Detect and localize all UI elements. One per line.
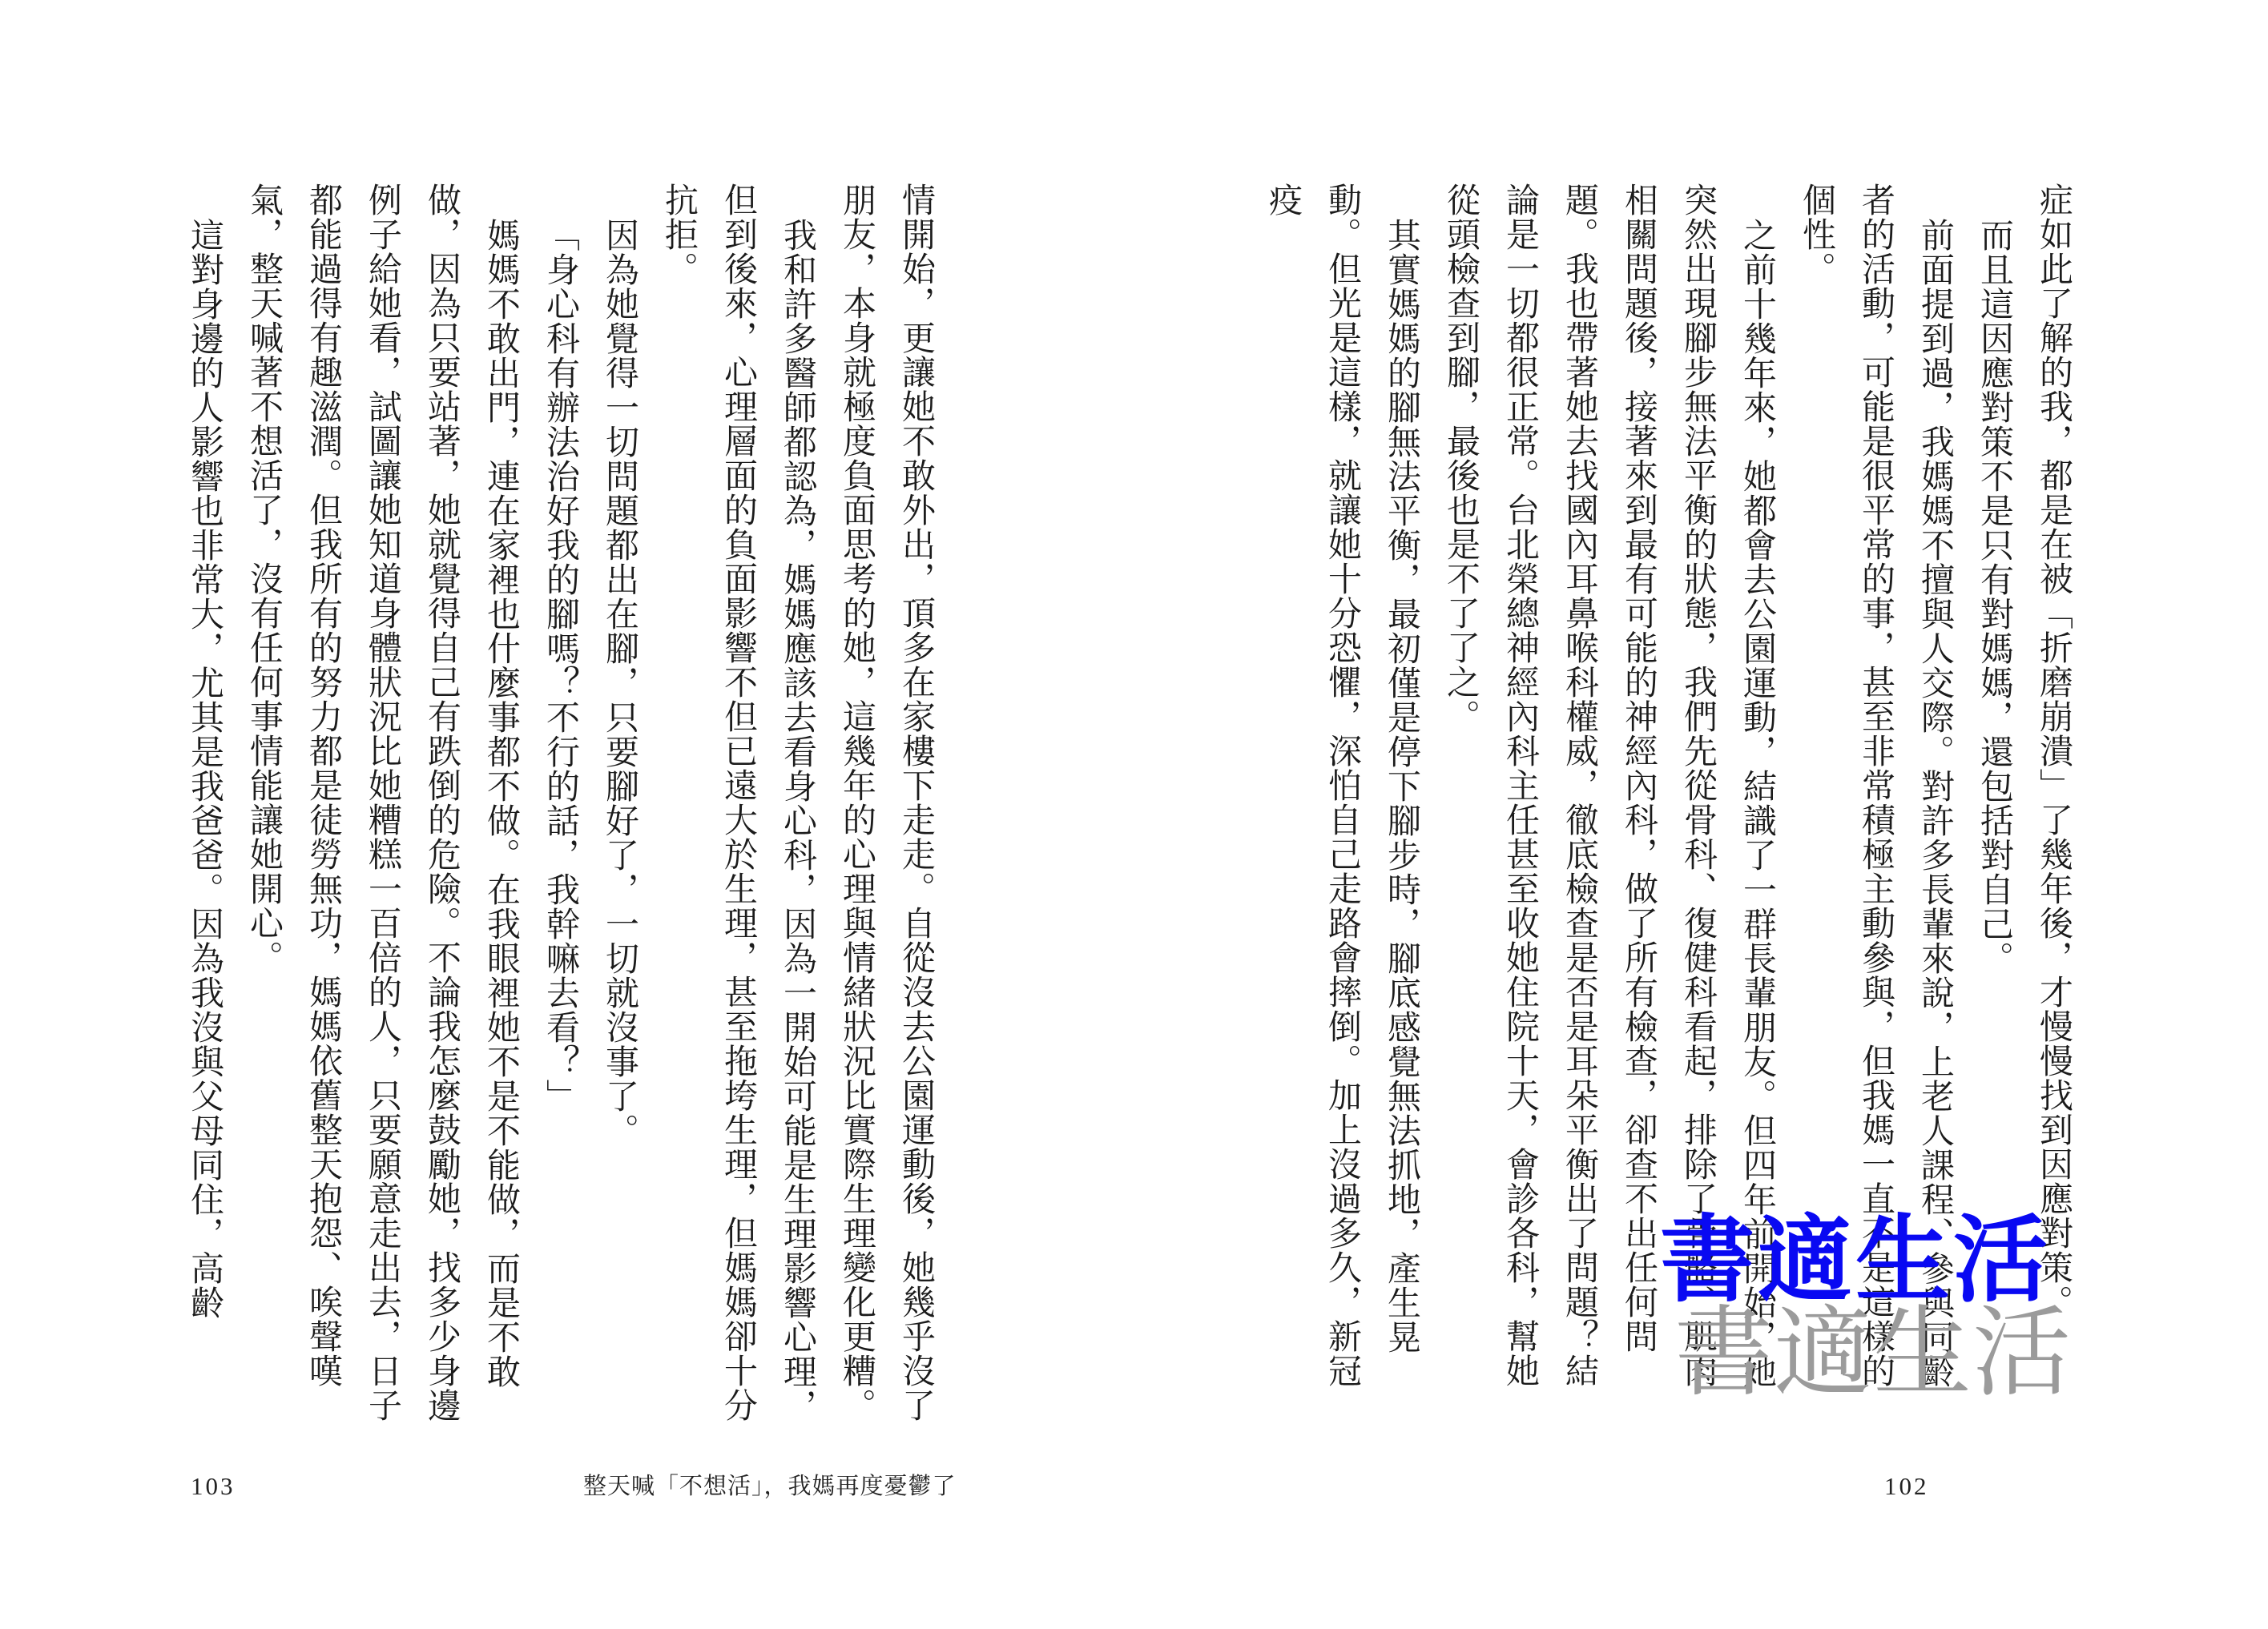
paragraph: 這對身邊的人影響也非常大，尤其是我爸爸。因為我沒與父母同住，高齡 [175,183,234,1427]
paragraph: 「身心科有辦法治好我的腳嗎？不行的話，我幹嘛去看？」 [530,183,590,1427]
page-number-left: 103 [191,1474,236,1498]
paragraph: 前面提到過，我媽媽不擅與人交際。對許多長輩來說，上老人課程、參與同齡者的活動，可… [1787,183,1964,1394]
paragraph: 我和許多醫師都認為，媽媽應該去看身心科，因為一開始可能是生理影響心理，但到後來，… [649,183,827,1427]
book-spread: 情開始，更讓她不敢外出，頂多在家樓下走走。自從沒去公園運動後，她幾乎沒了朋友，本… [0,0,2268,1629]
paragraph: 因為她覺得一切問題都出在腳，只要腳好了，一切就沒事了。 [590,183,649,1427]
paragraph: 症如此了解的我，都是在被「折磨崩潰」了幾年後，才慢慢找到因應對策。 [2024,183,2083,1394]
page-103-text: 情開始，更讓她不敢外出，頂多在家樓下走走。自從沒去公園運動後，她幾乎沒了朋友，本… [175,183,945,1427]
paragraph: 情開始，更讓她不敢外出，頂多在家樓下走走。自從沒去公園運動後，她幾乎沒了朋友，本… [827,183,945,1427]
paragraph: 其實媽媽的腳無法平衡，最初僅是停下腳步時，腳底感覺無法抓地，產生晃動。但光是這樣… [1253,183,1431,1394]
page-number-right: 102 [1884,1474,1929,1498]
paragraph: 媽媽不敢出門，連在家裡也什麼事都不做。在我眼裡她不是不能做，而是不敢做，因為只要… [234,183,530,1427]
paragraph: 而且這因應對策不是只有對媽媽，還包括對自己。 [1964,183,2024,1394]
paragraph: 之前十幾年來，她都會去公園運動，結識了一群長輩朋友。但四年前開始，她突然出現腳步… [1431,183,1787,1394]
page-102-text: 症如此了解的我，都是在被「折磨崩潰」了幾年後，才慢慢找到因應對策。 而且這因應對… [1253,183,2083,1394]
running-title: 整天喊「不想活」，我媽再度憂鬱了 [583,1475,957,1498]
